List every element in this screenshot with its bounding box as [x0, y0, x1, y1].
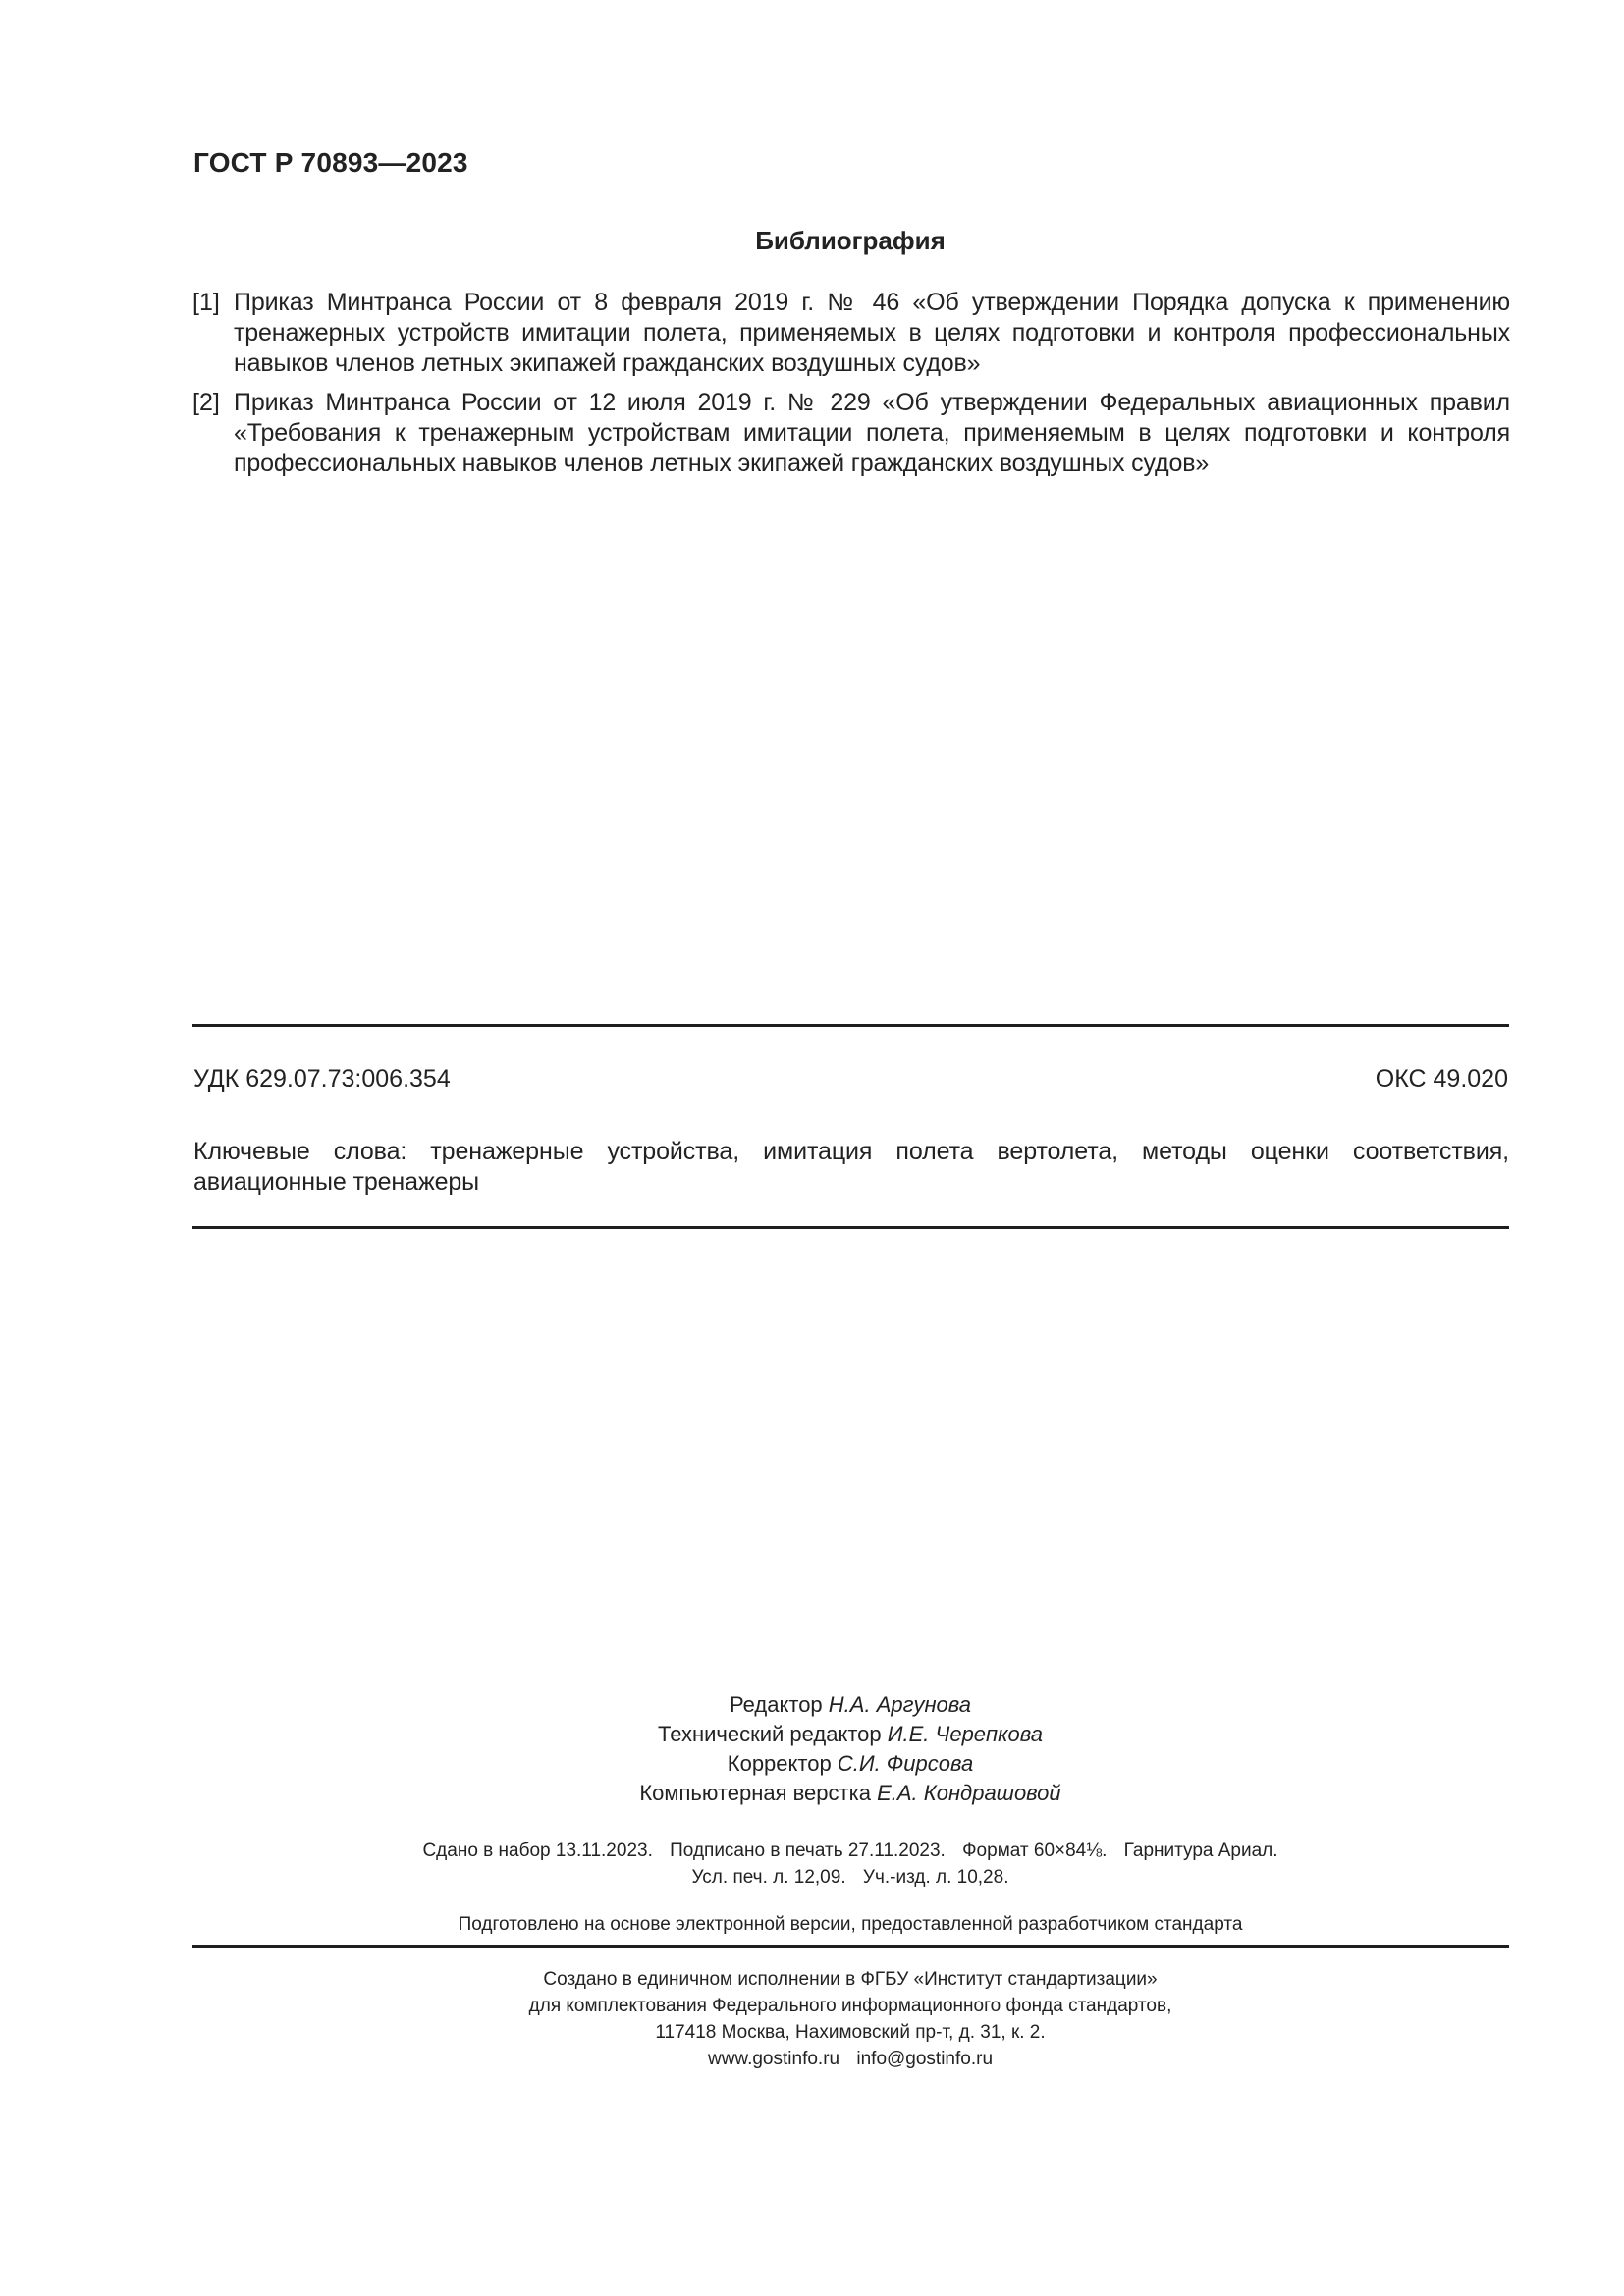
credit-role: Технический редактор [658, 1722, 882, 1746]
bibliography-title: Библиография [192, 226, 1508, 256]
printed-sheets: Усл. печ. л. 12,09. [692, 1867, 846, 1888]
typeset-date: Сдано в набор 13.11.2023. [422, 1841, 652, 1861]
bibliography-entry: [2] Приказ Минтранса России от 12 июля 2… [192, 388, 1510, 479]
credit-line: Технический редактор И.Е. Черепкова [192, 1720, 1508, 1749]
divider-top [192, 1024, 1509, 1027]
credit-role: Редактор [730, 1692, 823, 1717]
credit-role: Корректор [728, 1751, 832, 1776]
print-info-line-2: Усл. печ. л. 12,09. Уч.-изд. л. 10,28. [192, 1864, 1508, 1891]
print-info-line-1: Сдано в набор 13.11.2023. Подписано в пе… [192, 1838, 1508, 1864]
prepared-note: Подготовлено на основе электронной верси… [192, 1914, 1508, 1936]
publisher-line-1: Создано в единичном исполнении в ФГБУ «И… [192, 1966, 1508, 1993]
credit-person: Н.А. Аргунова [829, 1692, 971, 1717]
credit-line: Редактор Н.А. Аргунова [192, 1690, 1508, 1720]
print-info: Сдано в набор 13.11.2023. Подписано в пе… [192, 1838, 1508, 1891]
credits-block: Редактор Н.А. Аргунова Технический редак… [192, 1690, 1508, 1808]
standard-code-header: ГОСТ Р 70893—2023 [193, 147, 468, 179]
udk-code: УДК 629.07.73:006.354 [193, 1065, 451, 1094]
credit-person: С.И. Фирсова [838, 1751, 973, 1776]
divider-keywords [192, 1226, 1509, 1229]
publisher-website-link[interactable]: www.gostinfo.ru [708, 2049, 839, 2069]
bibliography-entry-number: [1] [192, 288, 234, 379]
credit-line: Компьютерная верстка Е.А. Кондрашовой [192, 1779, 1508, 1808]
divider-bottom [192, 1945, 1509, 1948]
signed-date: Подписано в печать 27.11.2023. [670, 1841, 946, 1861]
keywords: Ключевые слова: тренажерные устройства, … [193, 1137, 1509, 1198]
publisher-contacts: www.gostinfo.ru info@gostinfo.ru [192, 2046, 1508, 2072]
credit-line: Корректор С.И. Фирсова [192, 1749, 1508, 1779]
bibliography-entry: [1] Приказ Минтранса России от 8 февраля… [192, 288, 1510, 379]
credit-role: Компьютерная верстка [639, 1781, 871, 1805]
publisher-sheets: Уч.-изд. л. 10,28. [863, 1867, 1009, 1888]
paper-format: Формат 60×84⅛. [962, 1841, 1107, 1861]
publisher-email-link[interactable]: info@gostinfo.ru [856, 2049, 993, 2069]
oks-code: ОКС 49.020 [1376, 1065, 1508, 1094]
publisher-block: Создано в единичном исполнении в ФГБУ «И… [192, 1966, 1508, 2072]
document-page: ГОСТ Р 70893—2023 Библиография [1] Прика… [0, 0, 1624, 2296]
credit-person: Е.А. Кондрашовой [877, 1781, 1061, 1805]
publisher-address: 117418 Москва, Нахимовский пр-т, д. 31, … [192, 2019, 1508, 2046]
credit-person: И.Е. Черепкова [888, 1722, 1043, 1746]
bibliography-list: [1] Приказ Минтранса России от 8 февраля… [192, 288, 1510, 488]
publisher-line-2: для комплектования Федерального информац… [192, 1993, 1508, 2019]
bibliography-entry-number: [2] [192, 388, 234, 479]
bibliography-entry-text: Приказ Минтранса России от 12 июля 2019 … [234, 388, 1510, 479]
typeface: Гарнитура Ариал. [1124, 1841, 1278, 1861]
bibliography-entry-text: Приказ Минтранса России от 8 февраля 201… [234, 288, 1510, 379]
